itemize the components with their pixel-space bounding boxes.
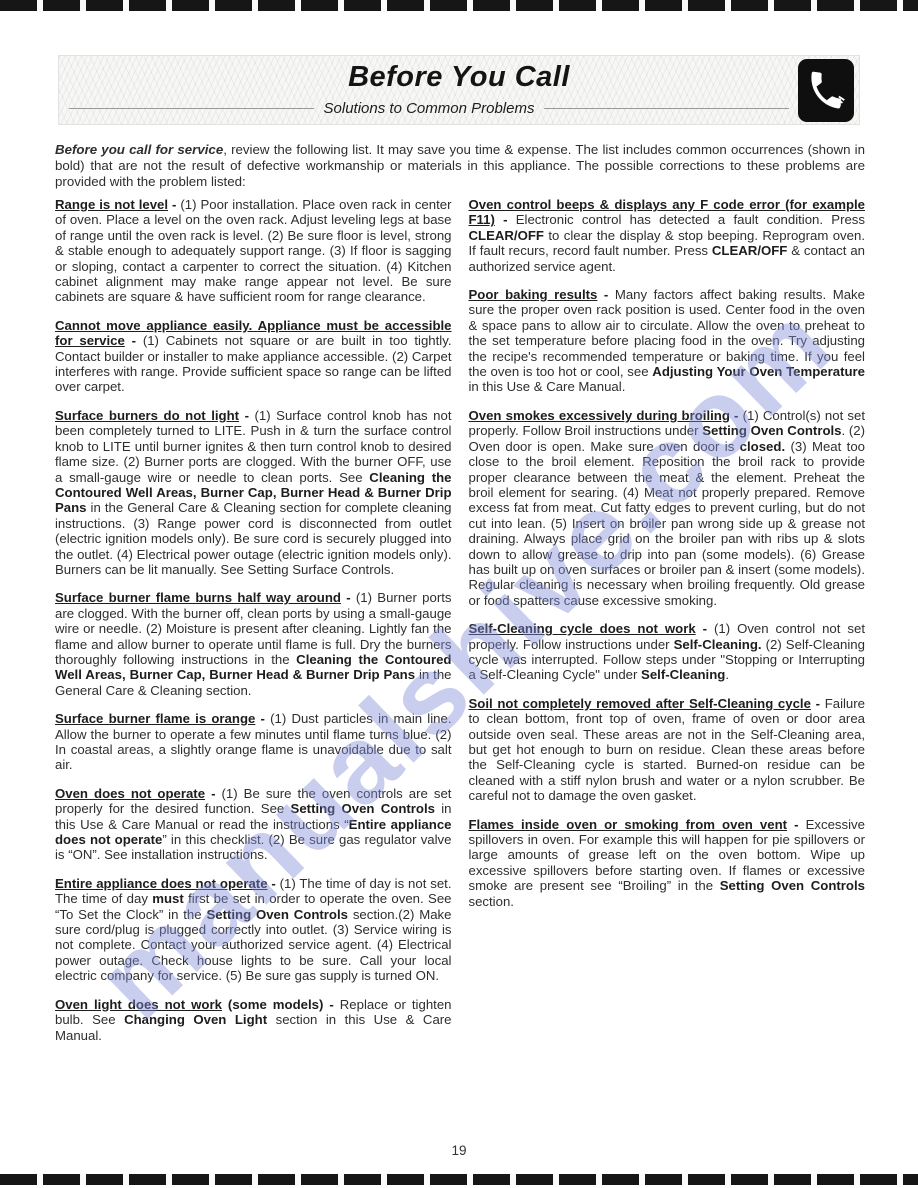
page-subtitle: Solutions to Common Problems xyxy=(324,100,535,117)
section-body-text: - xyxy=(205,786,221,801)
section-body-text: section. xyxy=(469,894,514,909)
section-body-text: - xyxy=(495,212,516,227)
subtitle-row: Solutions to Common Problems xyxy=(69,100,789,117)
section-heading-text: Entire appliance does not operate xyxy=(55,876,268,891)
section-body-text: Electronic control has detected a fault … xyxy=(516,212,865,227)
section-body-text: Self-Cleaning. xyxy=(674,637,762,652)
section-body-text: Setting Oven Controls xyxy=(291,801,435,816)
section-body-text: - xyxy=(125,333,143,348)
section-body-text: - xyxy=(730,408,743,423)
troubleshooting-section: Soil not completely removed after Self-C… xyxy=(469,696,866,804)
section-heading-text: Surface burner flame burns half way arou… xyxy=(55,590,341,605)
troubleshooting-section: Entire appliance does not operate - (1) … xyxy=(55,876,452,984)
section-body-text: (3) Meat too close to the broil element.… xyxy=(469,439,866,608)
header-banner: Before You Call Solutions to Common Prob… xyxy=(58,55,860,125)
troubleshooting-section: Self-Cleaning cycle does not work - (1) … xyxy=(469,621,866,683)
section-body-text: . xyxy=(725,667,729,682)
troubleshooting-section: Range is not level - (1) Poor installati… xyxy=(55,197,452,305)
section-heading-text: Oven smokes excessively during broiling xyxy=(469,408,730,423)
troubleshooting-section: Oven light does not work (some models) -… xyxy=(55,997,452,1043)
section-body-text: Setting Oven Controls xyxy=(206,907,348,922)
column-left: Range is not level - (1) Poor installati… xyxy=(55,197,452,1056)
subtitle-rule-left xyxy=(69,108,314,109)
section-heading-text: Range is not level xyxy=(55,197,168,212)
page-number: 19 xyxy=(0,1143,918,1158)
section-body-text: - xyxy=(239,408,254,423)
section-body-text: - xyxy=(341,590,356,605)
section-body-text: Setting Oven Controls xyxy=(720,878,865,893)
content-columns: Range is not level - (1) Poor installati… xyxy=(55,197,865,1056)
scan-edge-bar-top xyxy=(0,0,918,11)
section-body-text: (some models) - xyxy=(222,997,340,1012)
section-body-text: CLEAR/OFF xyxy=(469,228,544,243)
section-body-text: in this Use & Care Manual. xyxy=(469,379,626,394)
section-body-text: - xyxy=(597,287,614,302)
section-body-text: Adjusting Your Oven Temperature xyxy=(652,364,865,379)
troubleshooting-section: Oven smokes excessively during broiling … xyxy=(469,408,866,608)
section-body-text: Changing Oven Light xyxy=(124,1012,267,1027)
intro-paragraph: Before you call for service, review the … xyxy=(55,142,865,191)
troubleshooting-section: Surface burner flame is orange - (1) Dus… xyxy=(55,711,452,773)
section-body-text: (1) Poor installation. Place oven rack i… xyxy=(55,197,452,304)
section-body-text: Setting Oven Controls xyxy=(702,423,841,438)
section-heading-text: Oven light does not work xyxy=(55,997,222,1012)
section-heading-text: Surface burners do not light xyxy=(55,408,239,423)
section-body-text: - xyxy=(168,197,180,212)
troubleshooting-section: Surface burners do not light - (1) Surfa… xyxy=(55,408,452,577)
section-body-text: closed. xyxy=(740,439,785,454)
section-body-text: CLEAR/OFF xyxy=(712,243,787,258)
section-heading-text: Oven does not operate xyxy=(55,786,205,801)
scan-edge-bar-bottom xyxy=(0,1174,918,1185)
section-heading-text: Poor baking results xyxy=(469,287,598,302)
section-body-text: - xyxy=(255,711,270,726)
section-heading-text: Surface burner flame is orange xyxy=(55,711,255,726)
section-body-text: Failure to clean bottom, front top of ov… xyxy=(469,696,866,803)
troubleshooting-section: Surface burner flame burns half way arou… xyxy=(55,590,452,698)
column-right: Oven control beeps & displays any F code… xyxy=(469,197,866,1056)
section-body-text: must xyxy=(152,891,184,906)
troubleshooting-section: Oven control beeps & displays any F code… xyxy=(469,197,866,274)
section-heading-text: Soil not completely removed after Self-C… xyxy=(469,696,811,711)
intro-lead-text: Before you call for service xyxy=(55,142,223,157)
section-body-text: Self-Cleaning xyxy=(641,667,725,682)
troubleshooting-section: Cannot move appliance easily. Appliance … xyxy=(55,318,452,395)
troubleshooting-section: Poor baking results - Many factors affec… xyxy=(469,287,866,395)
section-heading-text: Flames inside oven or smoking from oven … xyxy=(469,817,788,832)
section-body-text: - xyxy=(787,817,806,832)
troubleshooting-section: Oven does not operate - (1) Be sure the … xyxy=(55,786,452,863)
phone-icon xyxy=(798,59,854,122)
section-body-text: - xyxy=(811,696,825,711)
section-body-text: in the General Care & Cleaning section f… xyxy=(55,500,452,577)
troubleshooting-section: Flames inside oven or smoking from oven … xyxy=(469,817,866,909)
section-body-text: - xyxy=(268,876,280,891)
page-title: Before You Call xyxy=(59,61,859,94)
section-heading-text: Self-Cleaning cycle does not work xyxy=(469,621,696,636)
section-body-text: - xyxy=(696,621,714,636)
subtitle-rule-right xyxy=(544,108,789,109)
